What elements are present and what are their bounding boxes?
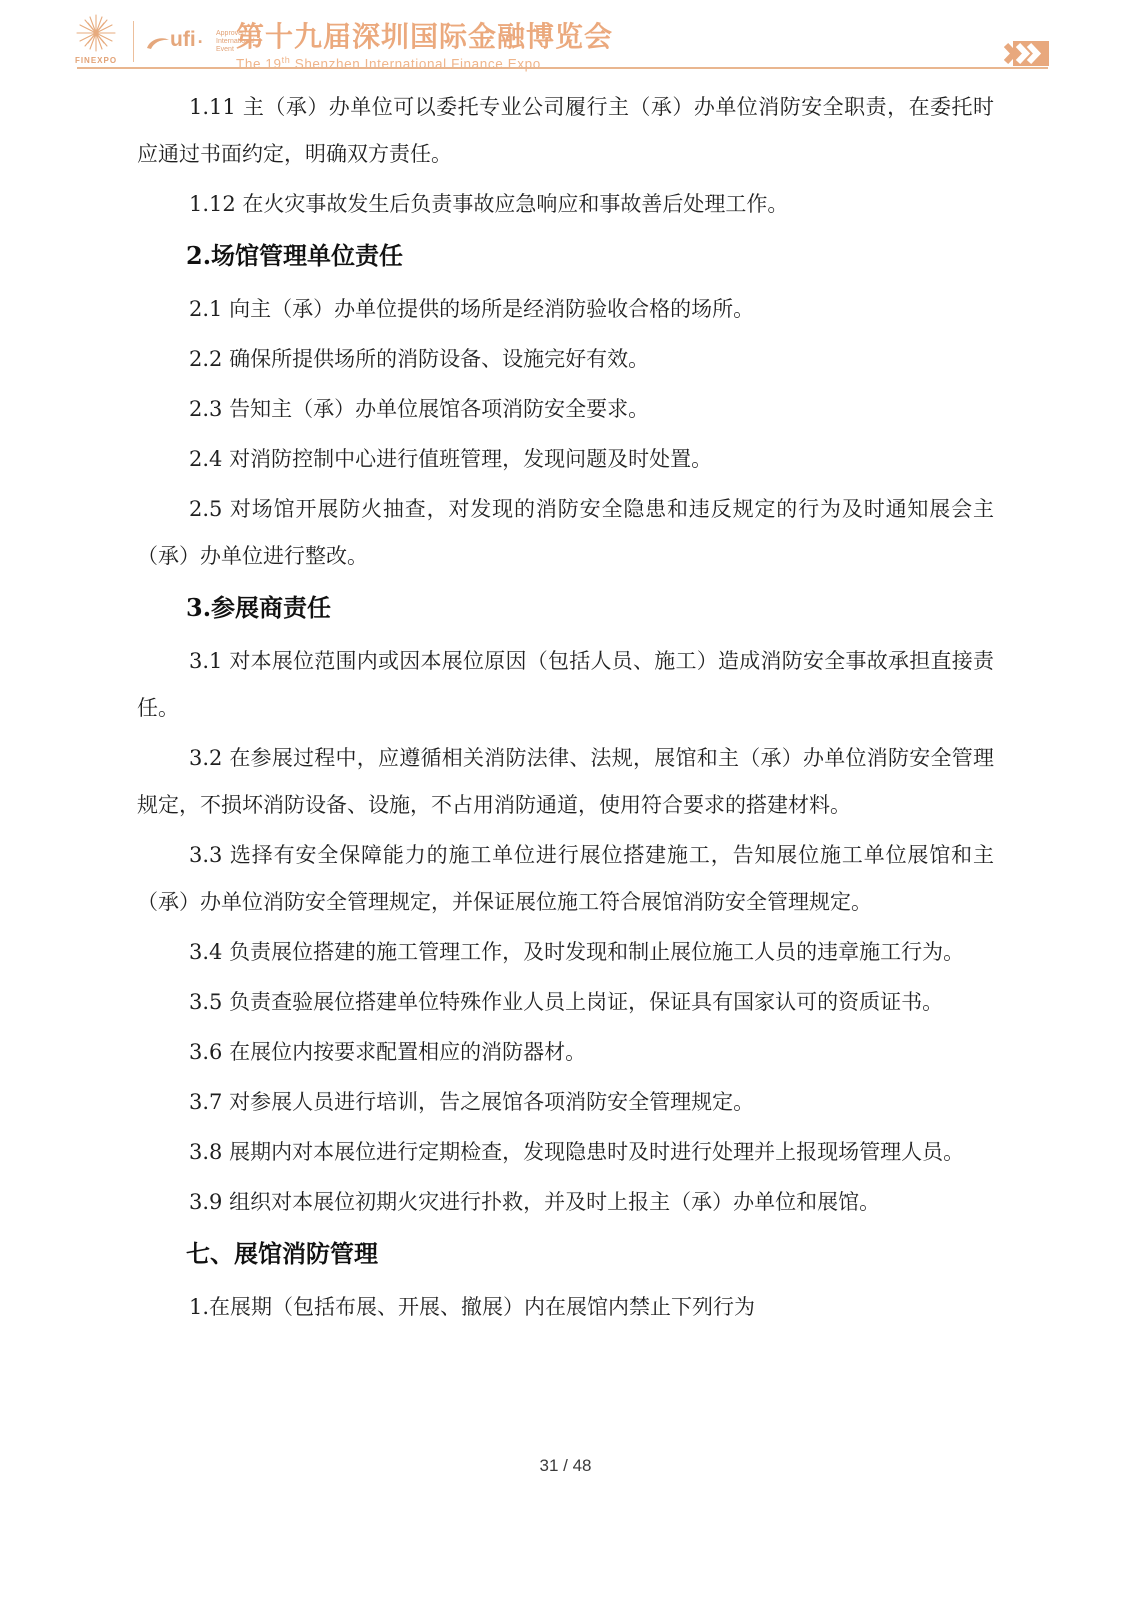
paragraph-3-1: 3.1 对本展位范围内或因本展位原因（包括人员、施工）造成消防安全事故承担直接责… bbox=[137, 638, 994, 732]
paragraph-2-2: 2.2 确保所提供场所的消防设备、设施完好有效。 bbox=[137, 336, 994, 383]
header-divider bbox=[133, 21, 134, 62]
page-number: 31 / 48 bbox=[540, 1456, 592, 1475]
paragraph-2-1: 2.1 向主（承）办单位提供的场所是经消防验收合格的场所。 bbox=[137, 286, 994, 333]
ufi-logo: ufi · Approved International Event bbox=[146, 30, 231, 50]
double-chevron-icon bbox=[1004, 40, 1050, 67]
finexpo-logo: FINEXPO bbox=[72, 14, 120, 65]
paragraph-1-11: 1.11 主（承）办单位可以委托专业公司履行主（承）办单位消防安全职责，在委托时… bbox=[137, 84, 994, 178]
expo-title-english-suffix: Shenzhen International Finance Expo bbox=[290, 57, 541, 72]
paragraph-3-7: 3.7 对参展人员进行培训，告之展馆各项消防安全管理规定。 bbox=[137, 1079, 994, 1126]
page-footer: 31 / 48 bbox=[0, 1456, 1131, 1476]
header-rule bbox=[77, 67, 1048, 69]
section-heading-exhibitor-responsibility: 3.参展商责任 bbox=[137, 586, 994, 630]
page-header: FINEXPO ufi · Approved International Eve… bbox=[0, 0, 1131, 72]
paragraph-3-3: 3.3 选择有安全保障能力的施工单位进行展位搭建施工，告知展位施工单位展馆和主（… bbox=[137, 832, 994, 926]
paragraph-3-8: 3.8 展期内对本展位进行定期检查，发现隐患时及时进行处理并上报现场管理人员。 bbox=[137, 1129, 994, 1176]
paragraph-2-4: 2.4 对消防控制中心进行值班管理，发现问题及时处置。 bbox=[137, 436, 994, 483]
paragraph-3-5: 3.5 负责查验展位搭建单位特殊作业人员上岗证，保证具有国家认可的资质证书。 bbox=[137, 979, 994, 1026]
paragraph-3-6: 3.6 在展位内按要求配置相应的消防器材。 bbox=[137, 1029, 994, 1076]
paragraph-2-5: 2.5 对场馆开展防火抽查，对发现的消防安全隐患和违反规定的行为及时通知展会主（… bbox=[137, 486, 994, 580]
finexpo-logo-label: FINEXPO bbox=[72, 56, 120, 65]
sunburst-icon bbox=[73, 14, 119, 56]
document-page: FINEXPO ufi · Approved International Eve… bbox=[0, 0, 1131, 1600]
expo-title-english-prefix: The 19 bbox=[236, 57, 282, 72]
paragraph-3-4: 3.4 负责展位搭建的施工管理工作，及时发现和制止展位施工人员的违章施工行为。 bbox=[137, 929, 994, 976]
paragraph-prohibited-acts-intro: 1.在展期（包括布展、开展、撤展）内在展馆内禁止下列行为 bbox=[137, 1284, 994, 1331]
expo-title-block: 第十九届深圳国际金融博览会 The 19th Shenzhen Internat… bbox=[236, 22, 613, 72]
paragraph-2-3: 2.3 告知主（承）办单位展馆各项消防安全要求。 bbox=[137, 386, 994, 433]
ufi-logo-dot: · bbox=[198, 34, 204, 50]
section-heading-venue-fire-management: 七、展馆消防管理 bbox=[137, 1232, 994, 1276]
expo-title-chinese: 第十九届深圳国际金融博览会 bbox=[236, 22, 613, 52]
paragraph-1-12: 1.12 在火灾事故发生后负责事故应急响应和事故善后处理工作。 bbox=[137, 181, 994, 228]
section-heading-venue-management: 2.场馆管理单位责任 bbox=[137, 234, 994, 278]
ufi-logo-text: ufi bbox=[170, 30, 196, 50]
paragraph-3-2: 3.2 在参展过程中，应遵循相关消防法律、法规，展馆和主（承）办单位消防安全管理… bbox=[137, 735, 994, 829]
ufi-swoosh-icon bbox=[146, 36, 170, 50]
paragraph-3-9: 3.9 组织对本展位初期火灾进行扑救，并及时上报主（承）办单位和展馆。 bbox=[137, 1179, 994, 1226]
document-body: 1.11 主（承）办单位可以委托专业公司履行主（承）办单位消防安全职责，在委托时… bbox=[137, 84, 994, 1334]
